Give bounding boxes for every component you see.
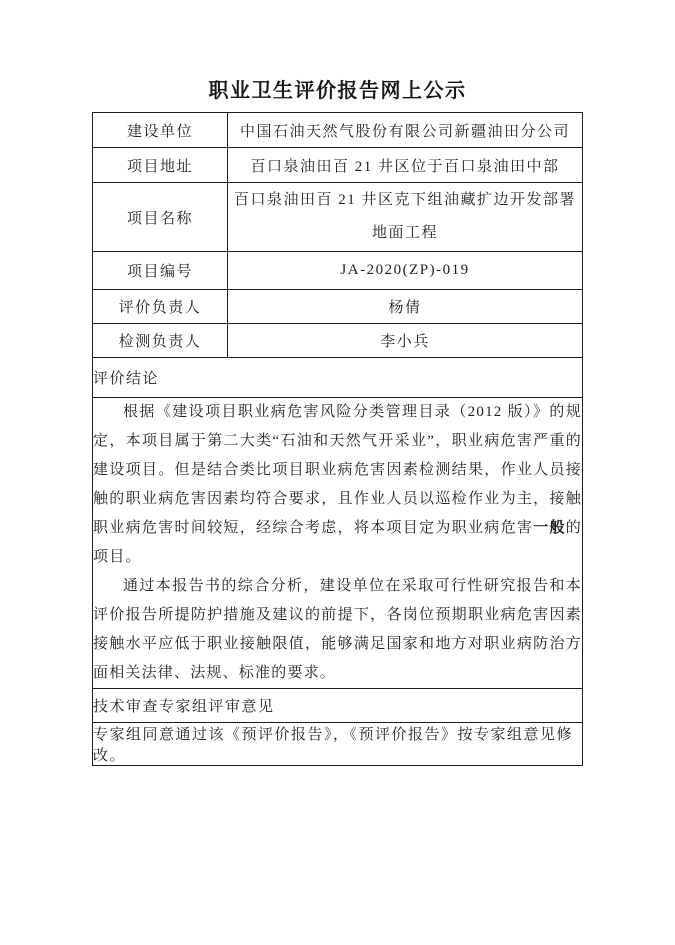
field-value: 杨倩 [228,290,583,324]
table-row-conclusion-body: 根据《建设项目职业病危害风险分类管理目录（2012 版）》的规定，本项目属于第二… [93,398,583,689]
conclusion-header: 评价结论 [93,358,583,398]
report-table: 建设单位 中国石油天然气股份有限公司新疆油田分公司 项目地址 百口泉油田百 21… [92,112,583,766]
field-value: 百口泉油田百 21 井区位于百口泉油田中部 [228,148,583,183]
table-row-expert-review-opinion: 专家组同意通过该《预评价报告》，《预评价报告》按专家组意见修改。 [93,723,583,766]
table-row-project-name: 项目名称 百口泉油田百 21 井区克下组油藏扩边开发部署 地面工程 [93,183,583,252]
field-value: 中国石油天然气股份有限公司新疆油田分公司 [228,113,583,148]
conclusion-p1-text: 根据《建设项目职业病危害风险分类管理目录（2012 版）》的规定，本项目属于第二… [93,404,582,536]
page-title: 职业卫生评价报告网上公示 [93,74,583,103]
project-name-line-1: 百口泉油田百 21 井区克下组油藏扩边开发部署 [228,184,582,217]
table-row-project-address: 项目地址 百口泉油田百 21 井区位于百口泉油田中部 [93,148,583,183]
conclusion-paragraph-1: 根据《建设项目职业病危害风险分类管理目录（2012 版）》的规定，本项目属于第二… [93,398,582,572]
field-label: 建设单位 [93,113,228,148]
conclusion-body: 根据《建设项目职业病危害风险分类管理目录（2012 版）》的规定，本项目属于第二… [93,398,583,689]
document-page: 职业卫生评价报告网上公示 建设单位 中国石油天然气股份有限公司新疆油田分公司 项… [0,0,675,945]
field-label: 检测负责人 [93,324,228,358]
table-row-construction-unit: 建设单位 中国石油天然气股份有限公司新疆油田分公司 [93,113,583,148]
table-row-project-number: 项目编号 JA-2020(ZP)-019 [93,252,583,290]
table-row-evaluation-lead: 评价负责人 杨倩 [93,290,583,324]
expert-review-header: 技术审查专家组评审意见 [93,689,583,723]
field-label: 项目编号 [93,252,228,290]
field-value: 百口泉油田百 21 井区克下组油藏扩边开发部署 地面工程 [228,183,583,252]
field-label: 项目名称 [93,183,228,252]
conclusion-paragraph-2: 通过本报告书的综合分析，建设单位在采取可行性研究报告和本评价报告所提防护措施及建… [93,572,582,688]
expert-review-opinion: 专家组同意通过该《预评价报告》，《预评价报告》按专家组意见修改。 [93,723,583,766]
table-row-conclusion-header: 评价结论 [93,358,583,398]
conclusion-p1-bold-term: 一般 [533,520,566,536]
table-row-testing-lead: 检测负责人 李小兵 [93,324,583,358]
field-label: 项目地址 [93,148,228,183]
field-label: 评价负责人 [93,290,228,324]
field-value: 李小兵 [228,324,583,358]
field-value: JA-2020(ZP)-019 [228,252,583,290]
table-row-expert-review-header: 技术审查专家组评审意见 [93,689,583,723]
project-name-line-2: 地面工程 [228,217,582,250]
